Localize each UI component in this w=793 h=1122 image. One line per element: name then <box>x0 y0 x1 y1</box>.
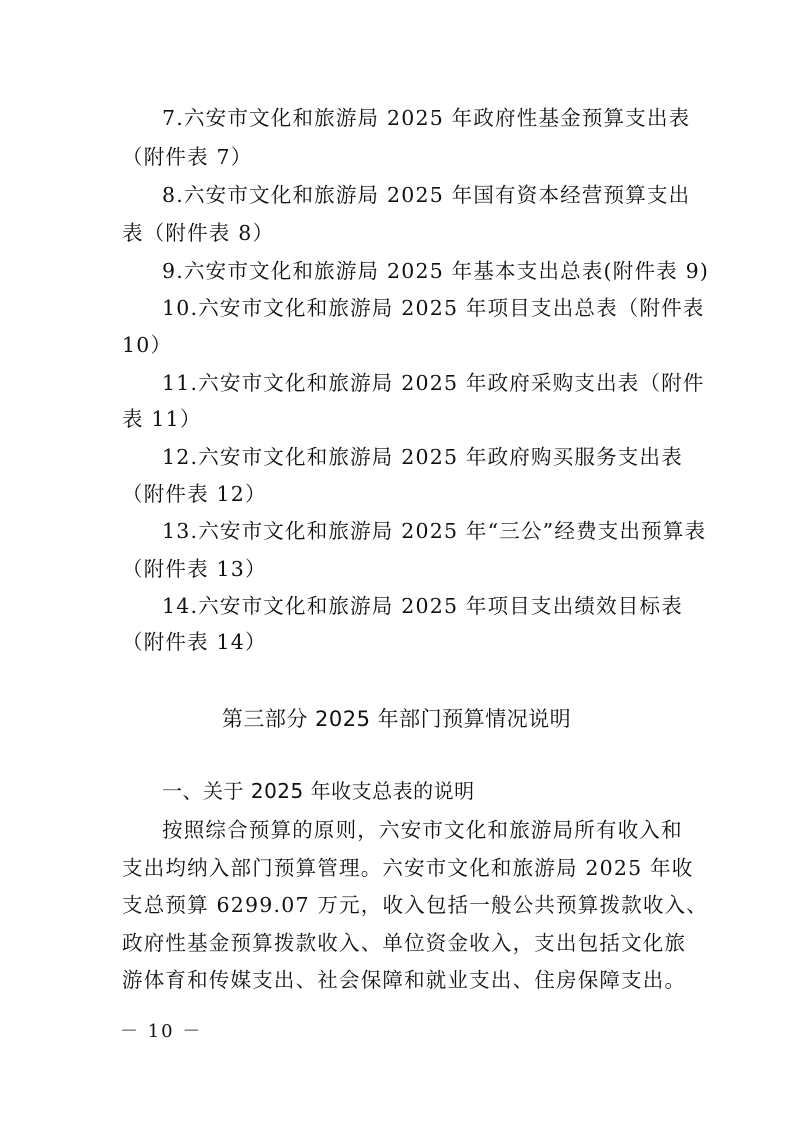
part-heading: 第三部分 2025 年部门预算情况说明 <box>0 704 793 734</box>
list-item-12-line1: 12.六安市文化和旅游局 2025 年政府购买服务支出表 <box>162 443 677 471</box>
list-item-8-line1: 8.六安市文化和旅游局 2025 年国有资本经营预算支出 <box>162 181 677 209</box>
list-item-13-line2: （附件表 13） <box>122 555 677 583</box>
list-item-10-line1: 10.六安市文化和旅游局 2025 年项目支出总表（附件表 <box>162 294 677 322</box>
paragraph-line-2: 支出均纳入部门预算管理。六安市文化和旅游局 2025 年收 <box>122 854 677 882</box>
list-item-11-line1: 11.六安市文化和旅游局 2025 年政府采购支出表（附件 <box>162 369 677 397</box>
list-item-9-line1: 9.六安市文化和旅游局 2025 年基本支出总表(附件表 9) <box>162 257 677 285</box>
list-item-13-line1: 13.六安市文化和旅游局 2025 年“三公”经费支出预算表 <box>162 517 677 545</box>
list-item-14-line1: 14.六安市文化和旅游局 2025 年项目支出绩效目标表 <box>162 592 677 620</box>
paragraph-line-5: 游体育和传媒支出、社会保障和就业支出、住房保障支出。 <box>122 966 677 994</box>
list-item-7-line1: 7.六安市文化和旅游局 2025 年政府性基金预算支出表 <box>162 104 677 132</box>
page-number: － 10 － <box>120 1020 202 1044</box>
list-item-10-line2: 10） <box>122 331 677 359</box>
list-item-12-line2: （附件表 12） <box>122 480 677 508</box>
paragraph-line-3: 支总预算 6299.07 万元，收入包括一般公共预算拨款收入、 <box>122 891 677 919</box>
list-item-14-line2: （附件表 14） <box>122 628 677 656</box>
paragraph-line-1: 按照综合预算的原则，六安市文化和旅游局所有收入和 <box>162 816 677 844</box>
list-item-8-line2: 表（附件表 8） <box>122 219 677 247</box>
paragraph-line-4: 政府性基金预算拨款收入、单位资金收入，支出包括文化旅 <box>122 929 677 957</box>
list-item-7-line2: （附件表 7） <box>122 143 677 171</box>
section-heading: 一、关于 2025 年收支总表的说明 <box>162 777 475 805</box>
list-item-11-line2: 表 11） <box>122 405 677 433</box>
document-page: 7.六安市文化和旅游局 2025 年政府性基金预算支出表 （附件表 7） 8.六… <box>0 0 793 1122</box>
